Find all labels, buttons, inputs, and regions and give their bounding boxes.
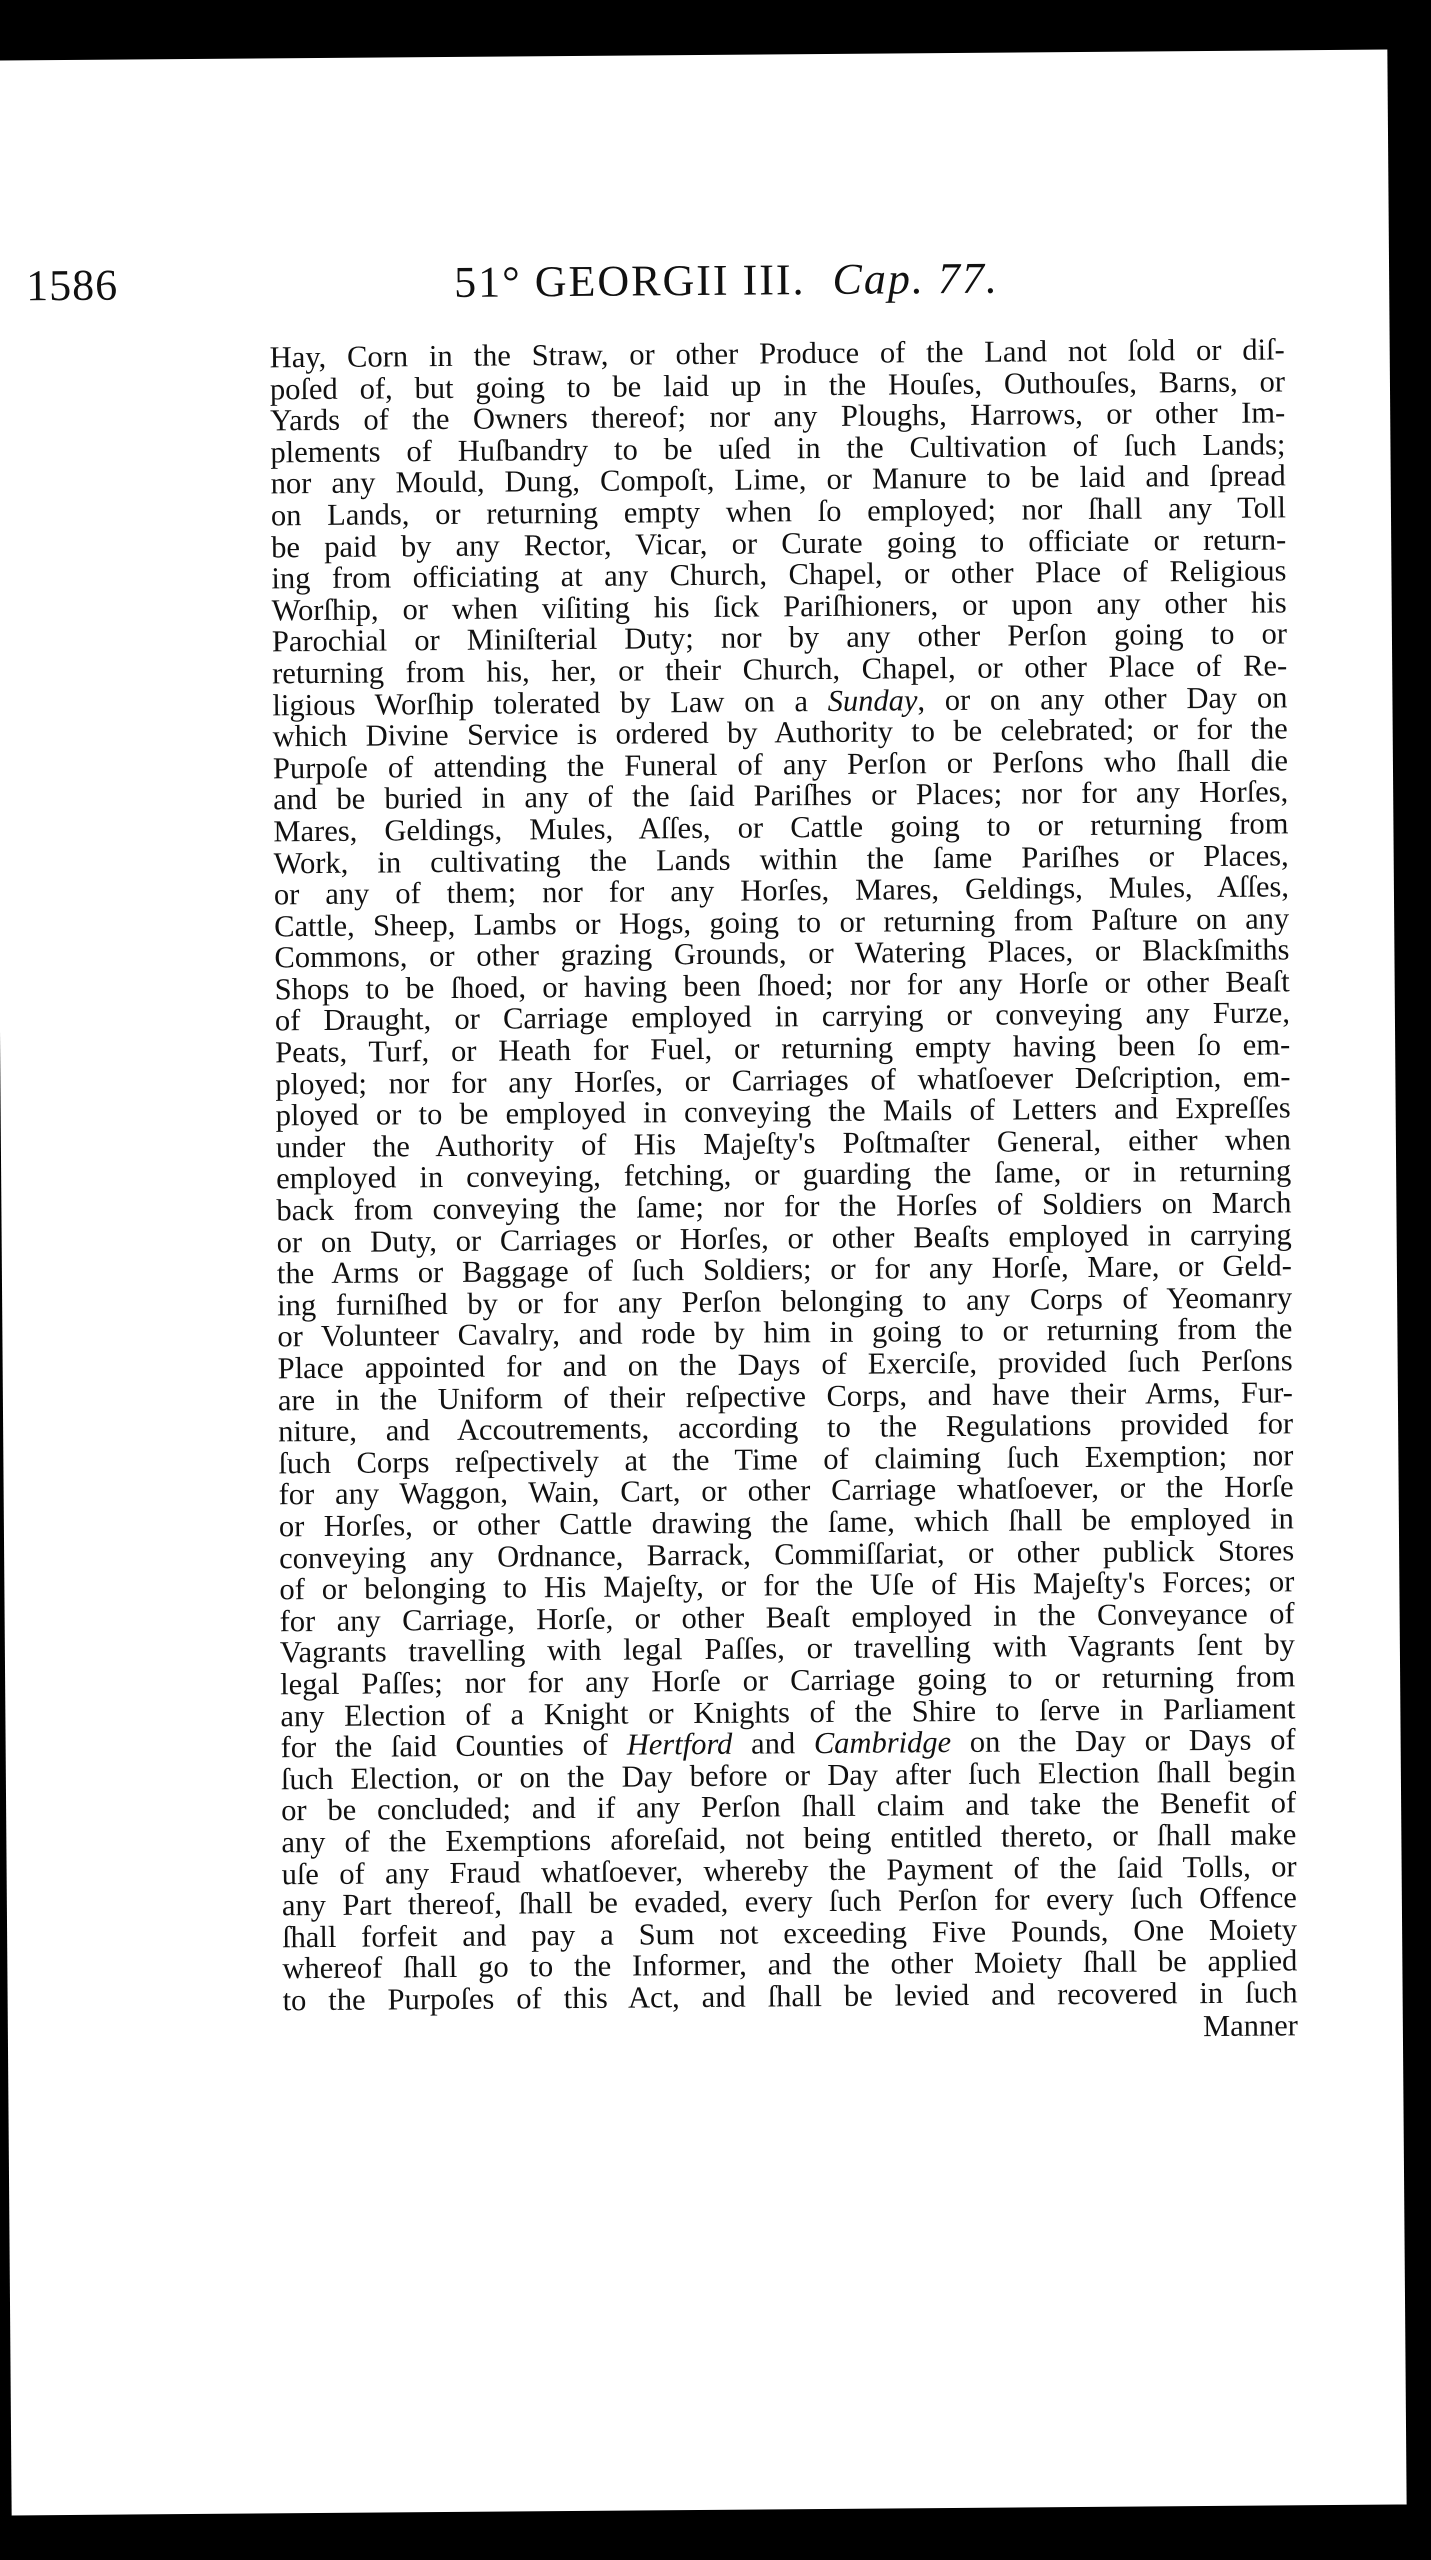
document-page: 1586 51° GEORGII III. Cap. 77. Hay, Corn… — [0, 50, 1407, 2516]
chapter-number: Cap. 77. — [832, 254, 999, 304]
text-lines: Hay, Corn in the Straw, or other Produce… — [270, 334, 1298, 2016]
italic-term: Sunday — [828, 683, 918, 718]
page-header: 1586 51° GEORGII III. Cap. 77. — [0, 250, 1389, 331]
body-text: Hay, Corn in the Straw, or other Produce… — [270, 334, 1298, 2050]
catchword: Manner — [283, 2011, 1298, 2051]
italic-term: Cambridge — [814, 1725, 952, 1760]
page-number: 1586 — [26, 260, 118, 312]
regnal-year: 51° GEORGII III. — [454, 255, 806, 307]
text-line: to the Purpoſes of this Act, and ſhall b… — [283, 1977, 1298, 2017]
running-head: 51° GEORGII III. Cap. 77. — [454, 253, 999, 308]
italic-term: Hertford — [627, 1727, 733, 1762]
